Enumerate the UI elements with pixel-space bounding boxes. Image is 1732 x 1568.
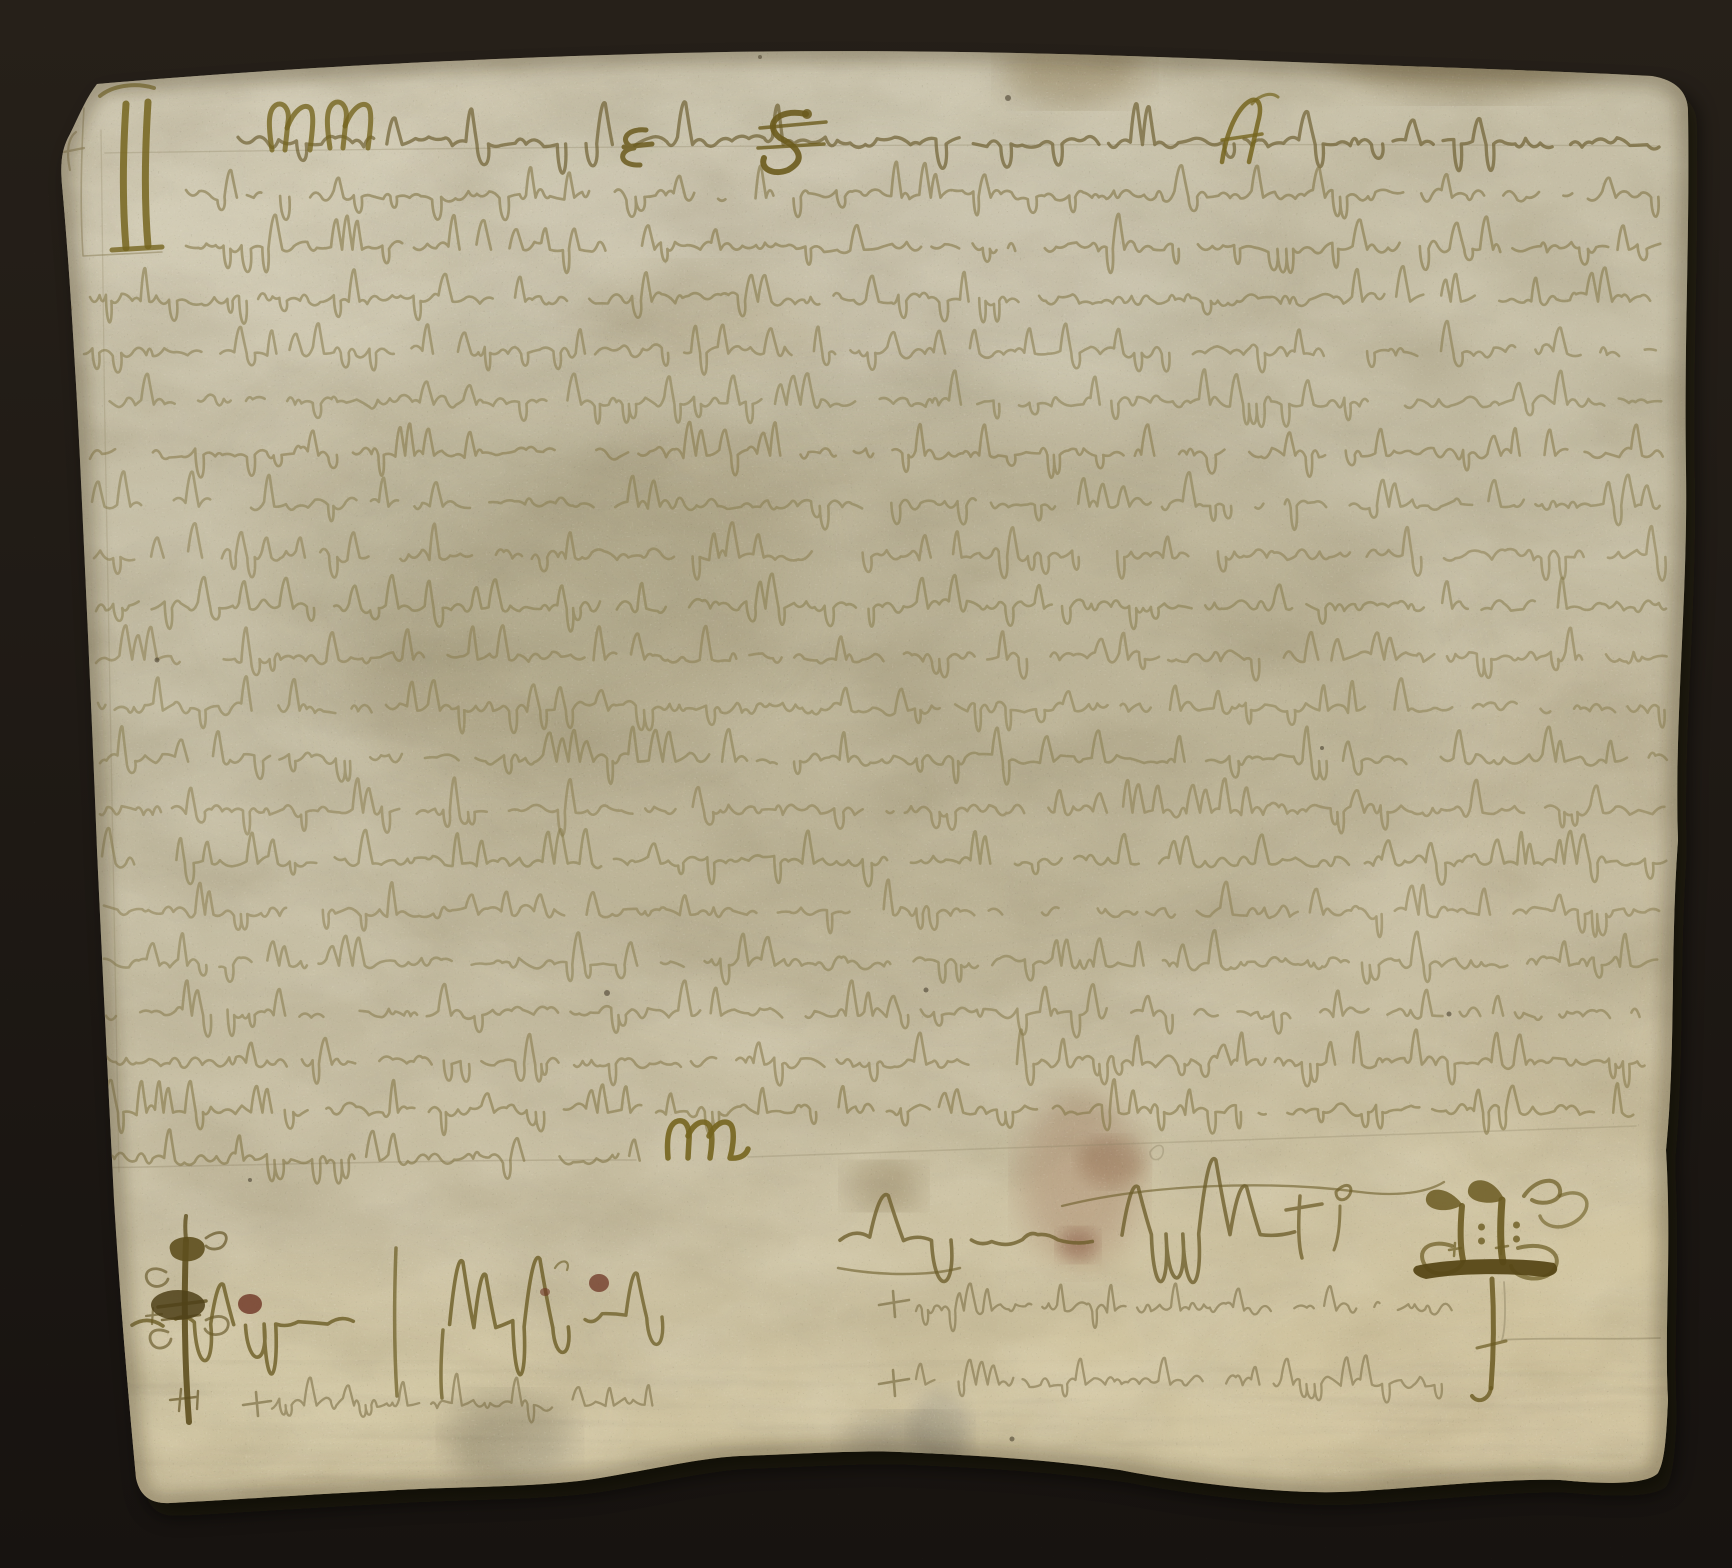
blob-small <box>540 1288 550 1296</box>
fly-speck-3 <box>924 988 929 993</box>
fly-speck-9 <box>248 1178 252 1182</box>
fly-speck-8 <box>1010 1437 1015 1442</box>
fly-speck-2 <box>604 990 610 996</box>
q-descender <box>441 1330 443 1398</box>
charter-photograph: Photograph of a medieval parchment chart… <box>0 0 1732 1568</box>
descender <box>1491 1279 1493 1388</box>
fly-speck-6 <box>155 658 160 663</box>
blob-signum-left <box>151 1290 205 1320</box>
letter-S-dot <box>802 109 812 119</box>
grain-light <box>0 0 1732 1568</box>
stem-top <box>185 1216 186 1240</box>
fly-speck-7 <box>1320 746 1324 750</box>
blob-ego-e <box>238 1294 262 1314</box>
fly-speck-1 <box>1005 95 1011 101</box>
charter-scene: Photograph of a medieval parchment chart… <box>0 0 1732 1568</box>
initial-I-bar-2 <box>145 102 148 246</box>
initial-I-base <box>112 247 162 250</box>
parchment-tone-layer <box>0 0 1732 1568</box>
fly-speck-4 <box>1447 1012 1452 1017</box>
stem-1 <box>1461 1206 1463 1260</box>
blob-ego-s <box>589 1274 609 1292</box>
initial-I-bar-1 <box>123 104 126 248</box>
